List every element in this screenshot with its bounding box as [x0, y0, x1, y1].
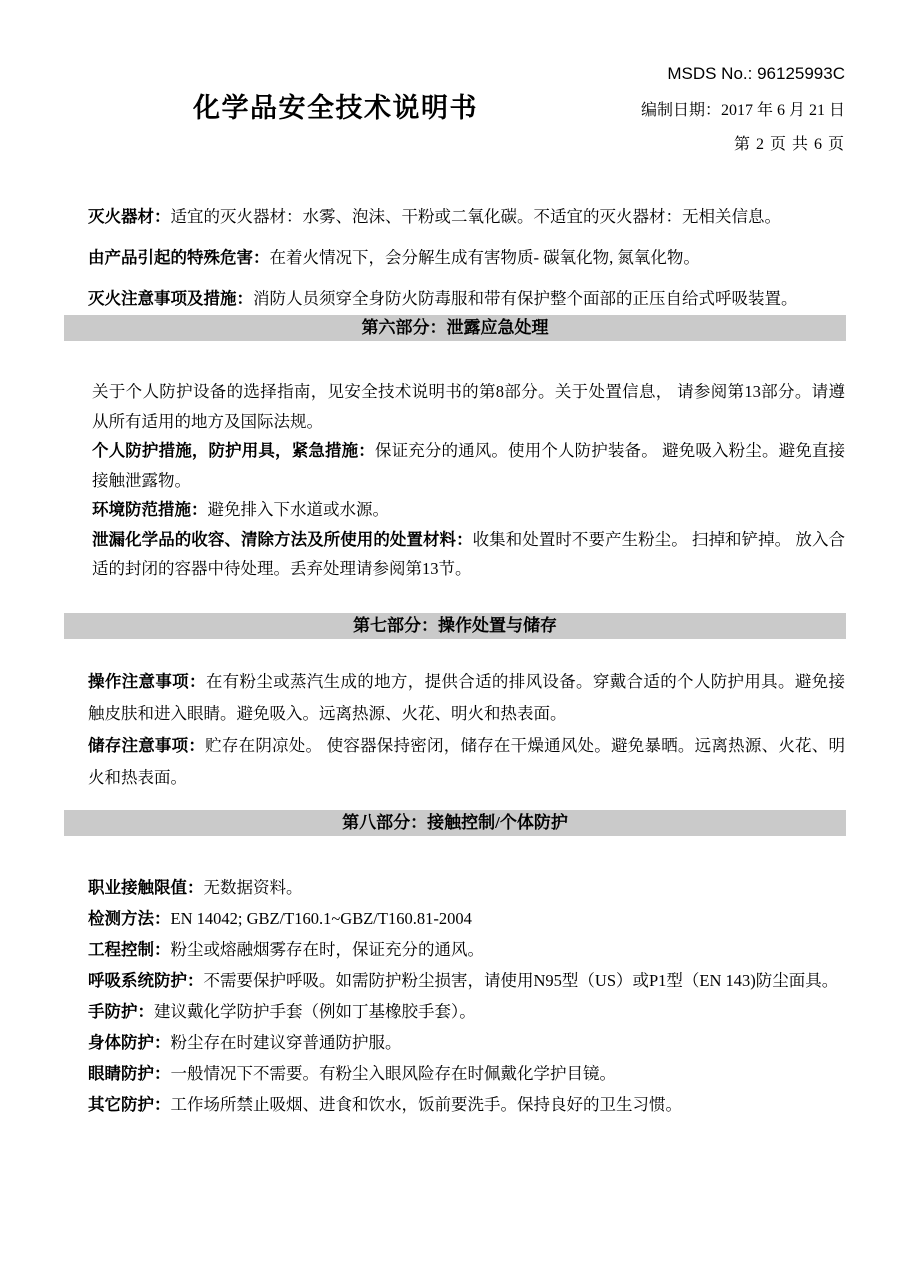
field-label: 个人防护措施，防护用具，紧急措施：	[92, 441, 375, 460]
msds-number: MSDS No.: 96125993C	[641, 64, 845, 84]
section-8-body: 职业接触限值：无数据资料。 检测方法：EN 14042; GBZ/T160.1~…	[88, 872, 845, 1120]
field-row-body-protection: 身体防护：粉尘存在时建议穿普通防护服。	[88, 1027, 845, 1058]
field-label: 由产品引起的特殊危害：	[88, 248, 270, 267]
section-6-heading-band: 第六部分：泄露应急处理	[64, 315, 846, 341]
field-row-personal-precautions: 个人防护措施，防护用具，紧急措施：保证充分的通风。使用个人防护装备。 避免吸入粉…	[92, 436, 845, 495]
field-value: 工作场所禁止吸烟、进食和饮水，饭前要洗手。保持良好的卫生习惯。	[171, 1095, 683, 1114]
field-label: 操作注意事项：	[88, 672, 206, 691]
section-8-heading-band: 第八部分：接触控制/个体防护	[64, 810, 846, 836]
field-row-handling-precautions: 操作注意事项：在有粉尘或蒸汽生成的地方，提供合适的排风设备。穿戴合适的个人防护用…	[88, 666, 845, 730]
section-heading: 第八部分：接触控制/个体防护	[342, 813, 568, 832]
document-title: 化学品安全技术说明书	[193, 86, 478, 125]
field-label: 工程控制：	[88, 940, 171, 959]
field-value: 适宜的灭火器材：水雾、泡沫、干粉或二氧化碳。不适宜的灭火器材：无相关信息。	[171, 207, 782, 226]
field-value: 粉尘存在时建议穿普通防护服。	[171, 1033, 402, 1052]
field-row-detection-methods: 检测方法：EN 14042; GBZ/T160.1~GBZ/T160.81-20…	[88, 903, 845, 934]
field-row-storage-precautions: 储存注意事项：贮存在阴凉处。 使容器保持密闭，储存在干燥通风处。避免暴晒。远离热…	[88, 730, 845, 794]
field-value: 不需要保护呼吸。如需防护粉尘损害，请使用N95型（US）或P1型（EN 143)…	[204, 971, 839, 990]
section-heading: 第七部分：操作处置与储存	[353, 616, 557, 635]
document-meta: MSDS No.: 96125993C 编制日期：2017 年 6 月 21 日…	[641, 64, 845, 154]
field-row-special-hazards: 由产品引起的特殊危害：在着火情况下，会分解生成有害物质- 碳氧化物, 氮氧化物。	[88, 237, 845, 278]
field-value: 消防人员须穿全身防火防毒服和带有保护整个面部的正压自给式呼吸装置。	[253, 289, 798, 308]
field-label: 灭火器材：	[88, 207, 171, 226]
field-label: 环境防范措施：	[92, 500, 208, 519]
field-value: EN 14042; GBZ/T160.1~GBZ/T160.81-2004	[171, 909, 472, 928]
field-value: 一般情况下不需要。有粉尘入眼风险存在时佩戴化学护目镜。	[171, 1064, 617, 1083]
section-heading: 第六部分：泄露应急处理	[362, 318, 549, 337]
section-7-body: 操作注意事项：在有粉尘或蒸汽生成的地方，提供合适的排风设备。穿戴合适的个人防护用…	[88, 666, 845, 794]
fire-fighting-block: 灭火器材：适宜的灭火器材：水雾、泡沫、干粉或二氧化碳。不适宜的灭火器材：无相关信…	[88, 196, 845, 319]
field-row-other-protection: 其它防护：工作场所禁止吸烟、进食和饮水，饭前要洗手。保持良好的卫生习惯。	[88, 1089, 845, 1120]
field-value: 粉尘或熔融烟雾存在时，保证充分的通风。	[171, 940, 485, 959]
field-label: 身体防护：	[88, 1033, 171, 1052]
field-value: 避免排入下水道或水源。	[208, 500, 390, 519]
field-value: 无数据资料。	[204, 878, 303, 897]
field-row-hand-protection: 手防护：建议戴化学防护手套（例如丁基橡胶手套）。	[88, 996, 845, 1027]
field-label: 职业接触限值：	[88, 878, 204, 897]
field-row-containment-methods: 泄漏化学品的收容、清除方法及所使用的处置材料：收集和处置时不要产生粉尘。 扫掉和…	[92, 525, 845, 584]
field-label: 手防护：	[88, 1002, 154, 1021]
field-row-exposure-limits: 职业接触限值：无数据资料。	[88, 872, 845, 903]
compile-date: 编制日期：2017 年 6 月 21 日	[641, 97, 845, 120]
field-row-engineering-controls: 工程控制：粉尘或熔融烟雾存在时，保证充分的通风。	[88, 934, 845, 965]
field-row-respiratory-protection: 呼吸系统防护：不需要保护呼吸。如需防护粉尘损害，请使用N95型（US）或P1型（…	[88, 965, 845, 996]
field-label: 检测方法：	[88, 909, 171, 928]
field-row-eye-protection: 眼睛防护：一般情况下不需要。有粉尘入眼风险存在时佩戴化学护目镜。	[88, 1058, 845, 1089]
field-label: 眼睛防护：	[88, 1064, 171, 1083]
field-row-fire-precautions: 灭火注意事项及措施：消防人员须穿全身防火防毒服和带有保护整个面部的正压自给式呼吸…	[88, 278, 845, 319]
field-label: 储存注意事项：	[88, 736, 205, 755]
field-label: 灭火注意事项及措施：	[88, 289, 253, 308]
field-label: 泄漏化学品的收容、清除方法及所使用的处置材料：	[92, 530, 473, 549]
field-value: 关于个人防护设备的选择指南，见安全技术说明书的第8部分。关于处置信息， 请参阅第…	[92, 382, 845, 431]
field-label: 其它防护：	[88, 1095, 171, 1114]
field-value: 建议戴化学防护手套（例如丁基橡胶手套）。	[154, 1002, 476, 1021]
paragraph-general-guidance: 关于个人防护设备的选择指南，见安全技术说明书的第8部分。关于处置信息， 请参阅第…	[92, 377, 845, 436]
field-row-environmental-precautions: 环境防范措施：避免排入下水道或水源。	[92, 495, 845, 525]
page-number: 第 2 页 共 6 页	[641, 131, 845, 154]
section-6-body: 关于个人防护设备的选择指南，见安全技术说明书的第8部分。关于处置信息， 请参阅第…	[92, 377, 845, 584]
field-label: 呼吸系统防护：	[88, 971, 204, 990]
field-row-fire-equipment: 灭火器材：适宜的灭火器材：水雾、泡沫、干粉或二氧化碳。不适宜的灭火器材：无相关信…	[88, 196, 845, 237]
field-value: 在着火情况下，会分解生成有害物质- 碳氧化物, 氮氧化物。	[270, 248, 700, 267]
section-7-heading-band: 第七部分：操作处置与储存	[64, 613, 846, 639]
